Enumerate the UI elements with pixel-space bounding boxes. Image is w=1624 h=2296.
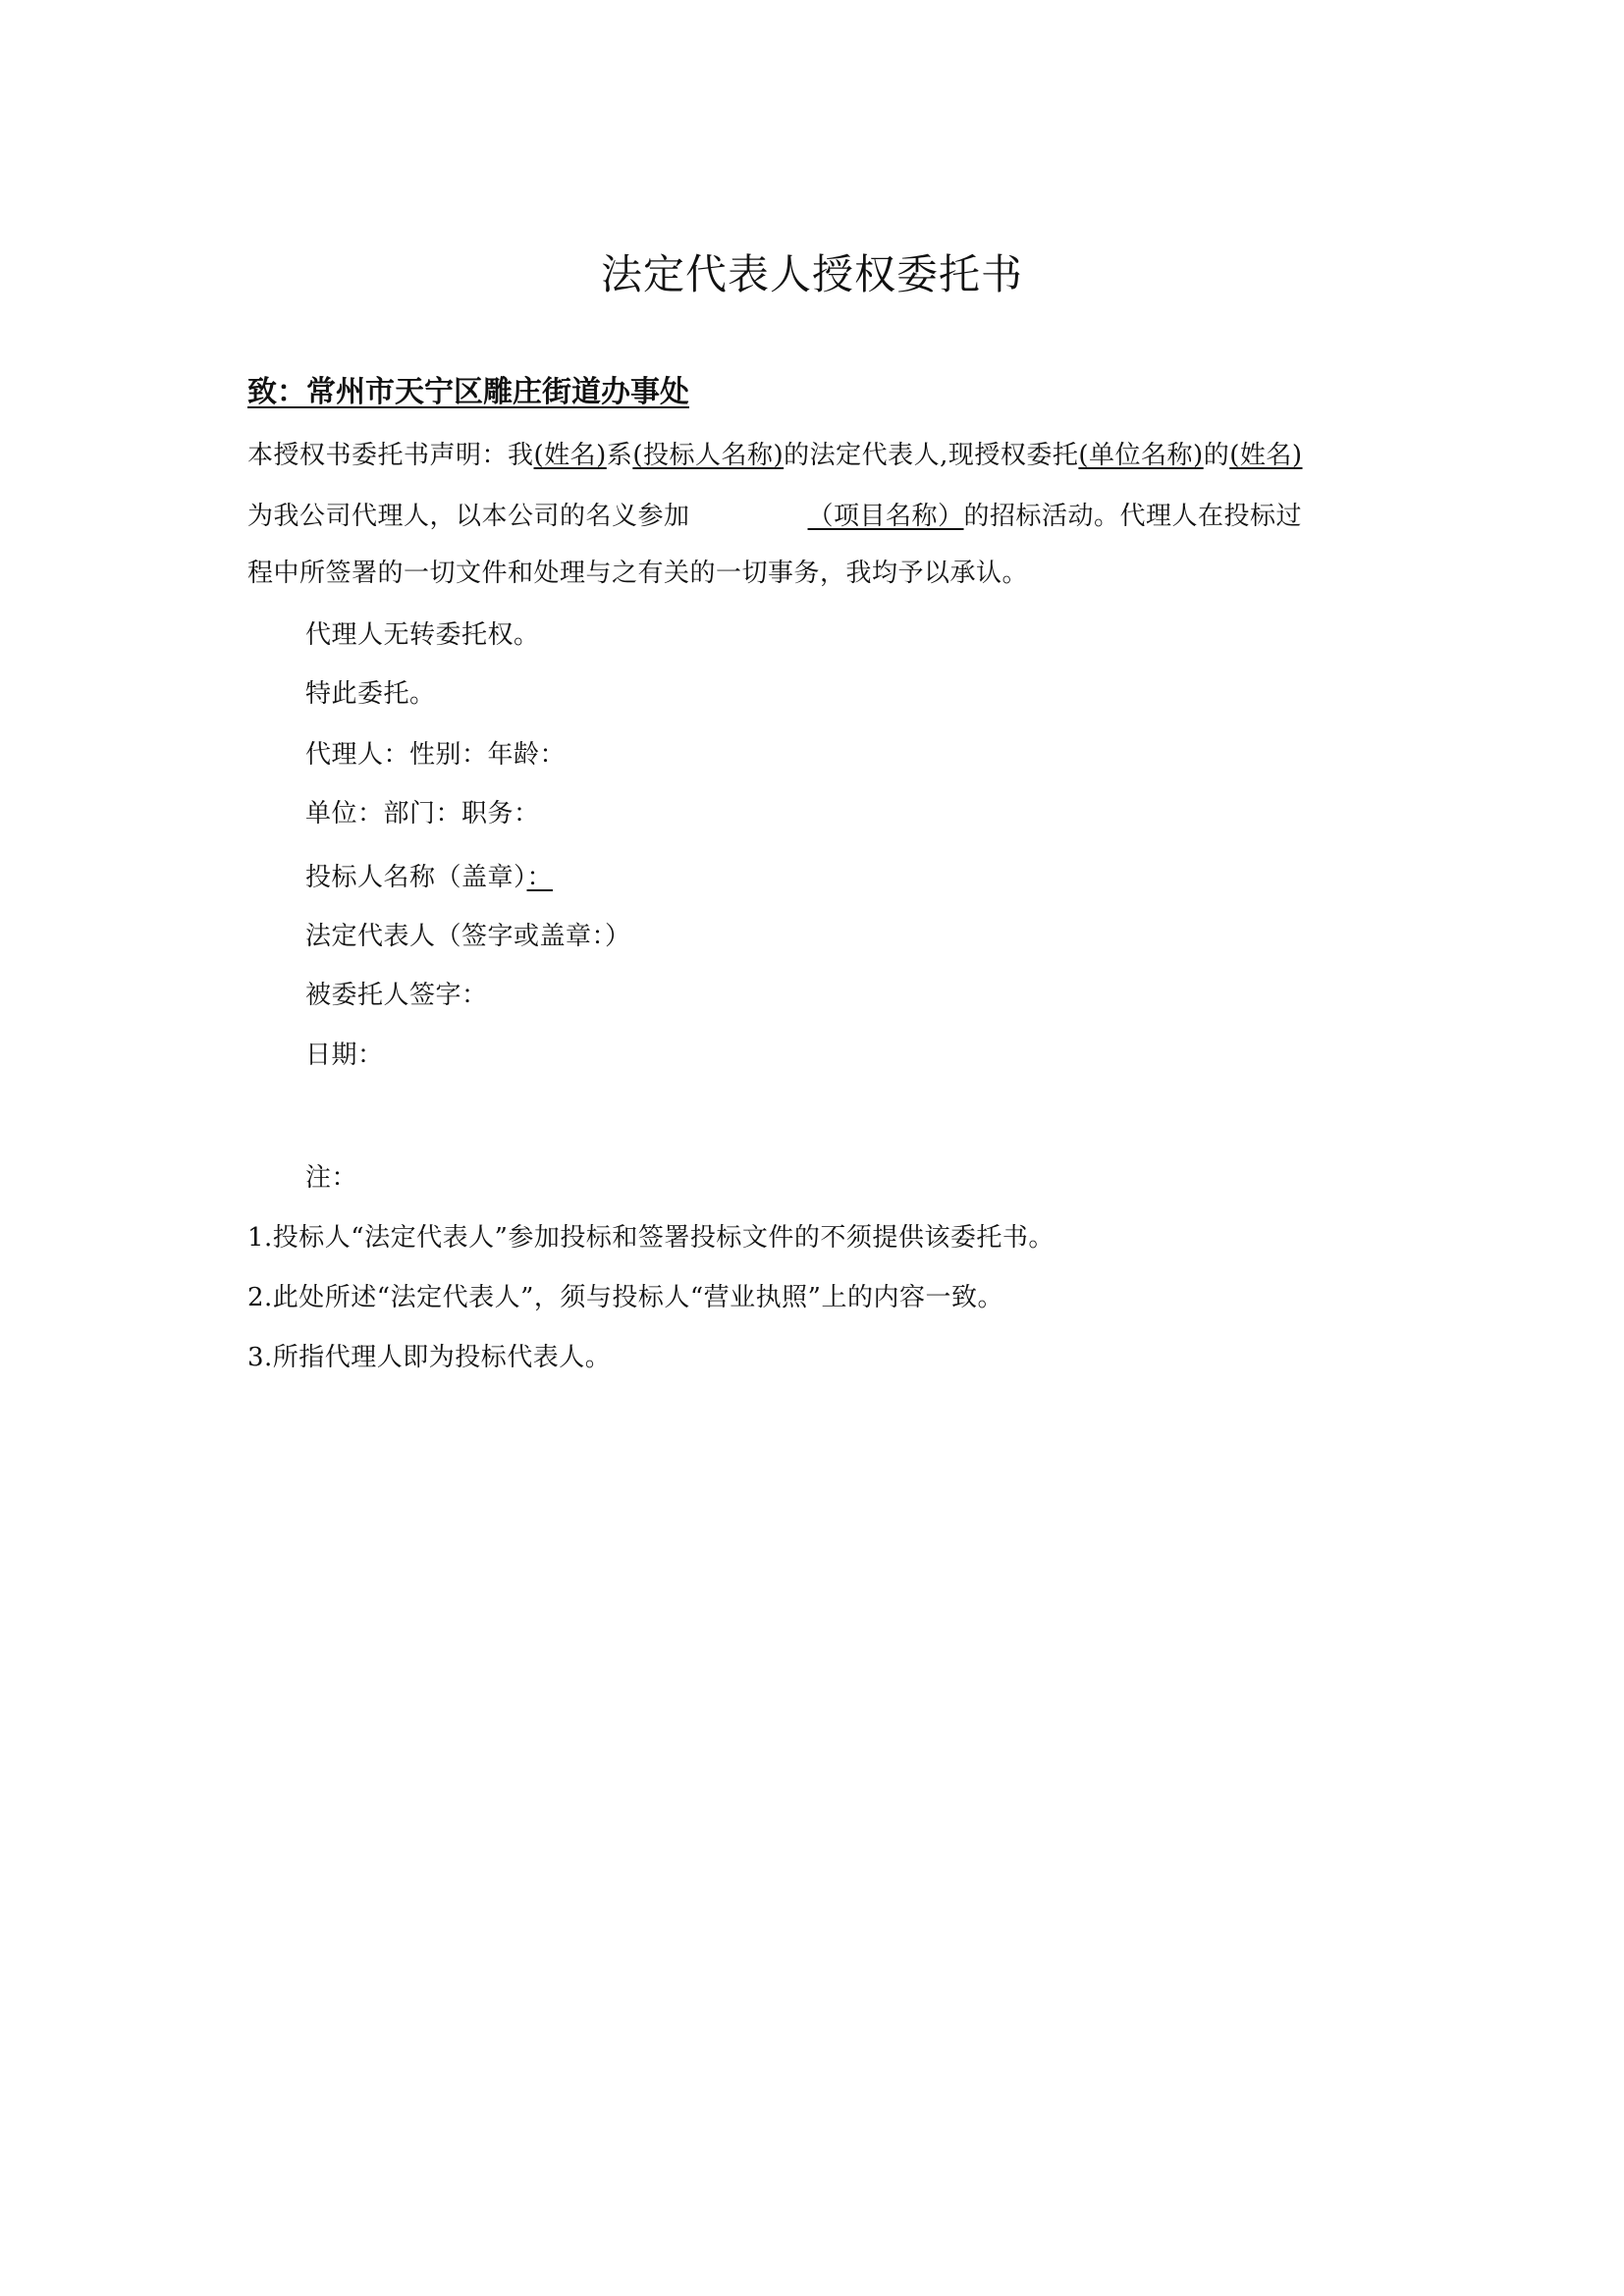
statement-line-1: 本授权书委托书声明：我(姓名)系(投标人名称)的法定代表人,现授权委托(单位名称…: [247, 438, 1303, 473]
document-title: 法定代表人授权委托书: [0, 247, 1624, 302]
note-item-3: 3.所指代理人即为投标代表人。: [247, 1340, 611, 1375]
unit-name-field: (单位名称): [1078, 441, 1203, 470]
statement-mid-3: 的: [1204, 441, 1230, 470]
statement-line-2: 为我公司代理人，以本公司的名义参加（项目名称）的招标活动。代理人在投标过: [247, 497, 1302, 534]
legal-rep-signature-field: 法定代表人（签字或盖章：）: [305, 919, 631, 954]
unit-info-field: 单位：部门：职务：: [305, 796, 540, 831]
date-field: 日期：: [305, 1038, 384, 1073]
bidder-seal-field: 投标人名称（盖章）：: [305, 858, 584, 895]
statement-prefix: 本授权书委托书声明：我: [247, 441, 534, 470]
bidder-seal-blank: ：: [527, 863, 585, 892]
note-item-1: 1.投标人“法定代表人”参加投标和签署投标文件的不须提供该委托书。: [247, 1220, 1055, 1255]
name-field-2: (姓名): [1229, 441, 1302, 470]
project-name-placeholder: （项目名称）: [808, 502, 964, 531]
name-field-1: (姓名): [534, 441, 607, 470]
clause-hereby-entrust: 特此委托。: [305, 676, 436, 712]
statement-line-3: 程中所签署的一切文件和处理与之有关的一切事务，我均予以承认。: [247, 556, 1028, 591]
statement-line-2-prefix: 为我公司代理人，以本公司的名义参加: [247, 502, 690, 531]
project-name-field: （项目名称）: [690, 502, 964, 531]
notes-heading: 注：: [305, 1160, 357, 1196]
document-page: 法定代表人授权委托书 致：常州市天宁区雕庄街道办事处 本授权书委托书声明：我(姓…: [0, 0, 1624, 2296]
statement-mid-1: 系: [607, 441, 633, 470]
statement-line-2-suffix: 的招标活动。代理人在投标过: [964, 502, 1303, 531]
bidder-seal-label: 投标人名称（盖章）: [305, 863, 527, 892]
bidder-name-field: (投标人名称): [632, 441, 784, 470]
note-item-2: 2.此处所述“法定代表人”，须与投标人“营业执照”上的内容一致。: [247, 1280, 1003, 1315]
project-name-blank: [690, 497, 808, 524]
clause-no-subdelegation: 代理人无转委托权。: [305, 617, 540, 653]
trustee-signature-field: 被委托人签字：: [305, 978, 488, 1013]
statement-mid-2: 的法定代表人,现授权委托: [784, 441, 1078, 470]
agent-info-field: 代理人：性别：年龄：: [305, 737, 566, 773]
addressee: 致：常州市天宁区雕庄街道办事处: [247, 373, 689, 412]
